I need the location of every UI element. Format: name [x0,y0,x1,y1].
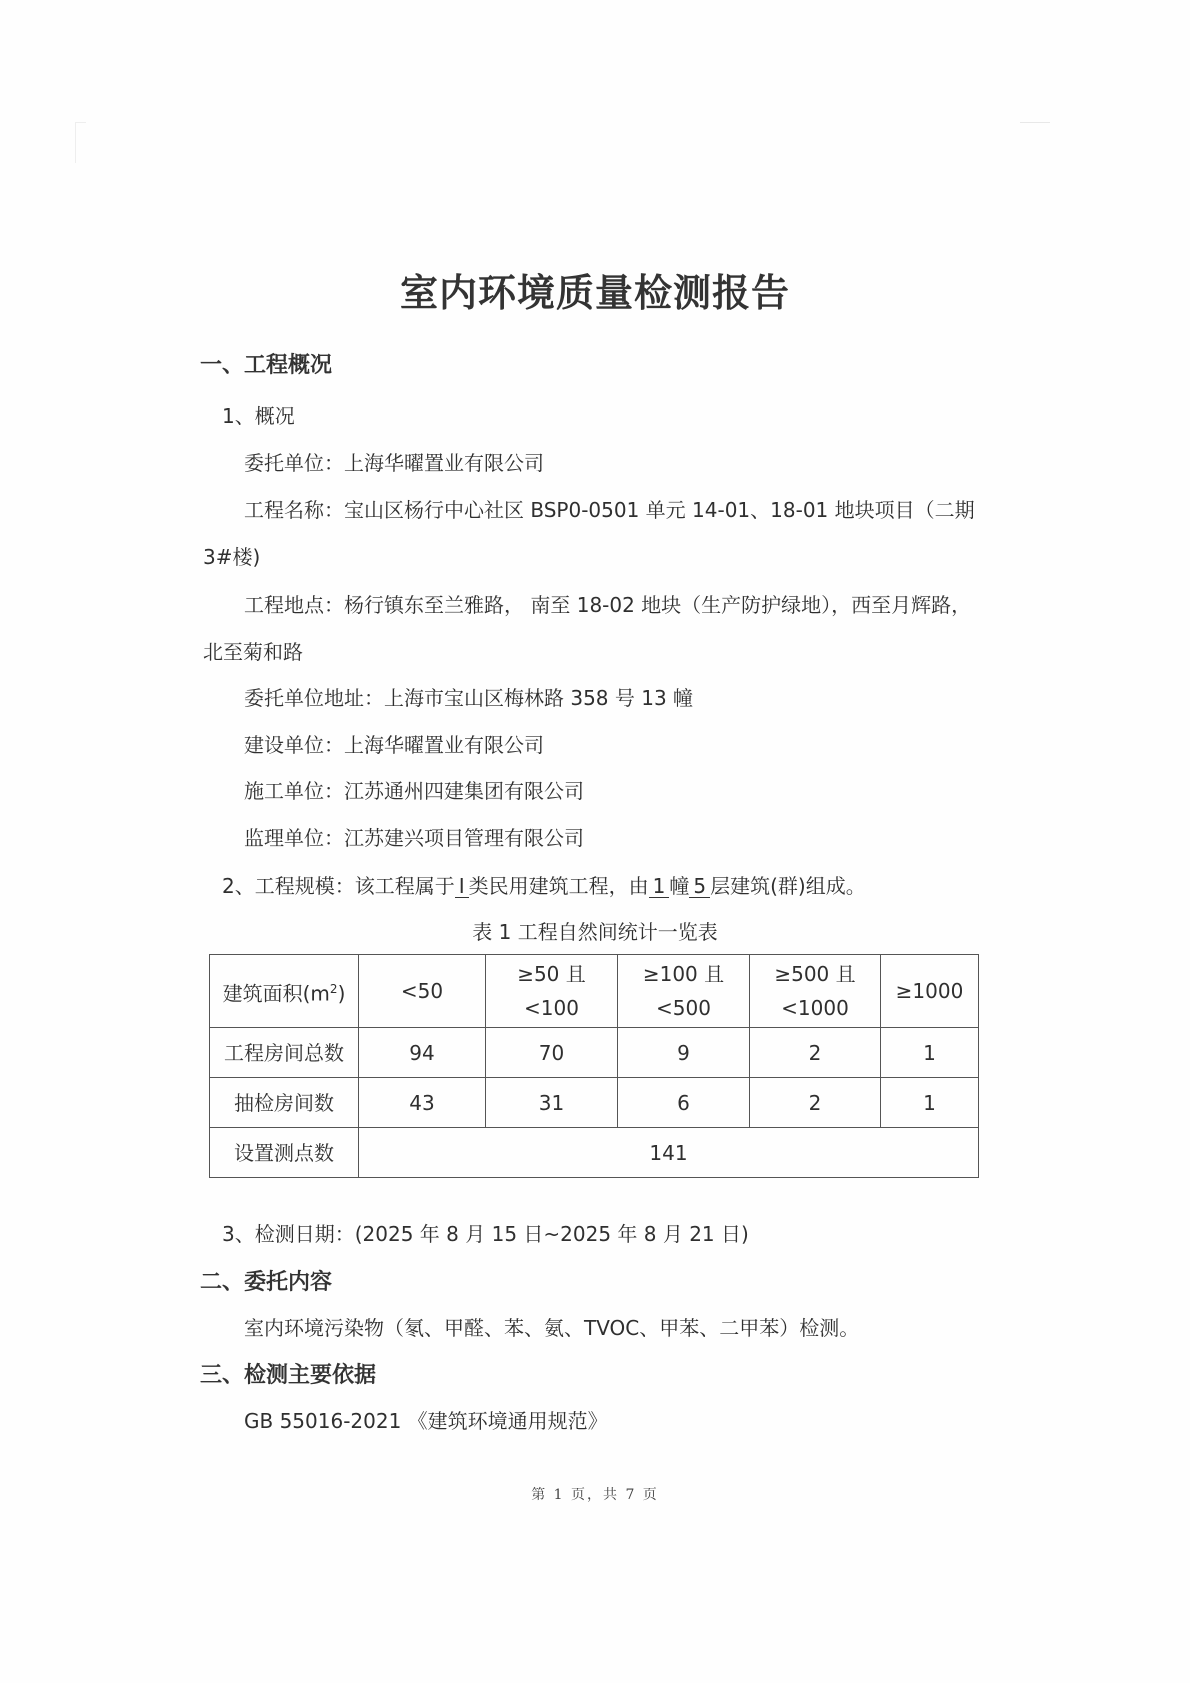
field-label: 委托单位： [244,451,344,475]
section-heading-overview: 一、工程概况 [200,348,332,379]
table-cell: 1 [881,1028,979,1078]
table-header-cell: ≥100 且<500 [618,955,750,1028]
header-label-end: ) [338,981,346,1005]
field-project-location-continuation: 北至菊和路 [203,636,303,665]
field-label: 施工单位： [244,779,344,803]
field-label: 委托单位地址： [244,686,384,710]
table-cell: 70 [486,1028,618,1078]
header-line: ≥100 且 [618,957,749,991]
table-cell: 9 [618,1028,750,1078]
subsection-heading-date: 3、检测日期： [222,1222,355,1246]
table-header-cell: ≥50 且<100 [486,955,618,1028]
table-header-label: 建筑面积(m2) [210,955,359,1028]
table-header-row: 建筑面积(m2) <50 ≥50 且<100 ≥100 且<500 ≥500 且… [210,955,979,1028]
room-statistics-table: 建筑面积(m2) <50 ≥50 且<100 ≥100 且<500 ≥500 且… [209,954,979,1178]
row-label: 设置测点数 [210,1128,359,1178]
field-value: 宝山区杨行中心社区 BSP0-0501 单元 14-01、18-01 地块项目（… [344,498,975,522]
table-cell: 1 [881,1078,979,1128]
page-footer: 第 1 页，共 7 页 [0,1484,1190,1504]
scan-edge-mark [1020,122,1050,123]
floor-count: 5 [689,875,710,898]
table-cell: 94 [359,1028,486,1078]
scale-text: 幢 [669,874,689,898]
inspection-date: 3、检测日期：(2025 年 8 月 15 日~2025 年 8 月 21 日) [222,1218,749,1247]
table-row: 工程房间总数 94 70 9 2 1 [210,1028,979,1078]
total-measurement-points: 141 [359,1128,979,1178]
field-project-name-continuation: 3#楼) [203,541,260,570]
header-line: <100 [486,991,617,1025]
field-project-name: 工程名称：宝山区杨行中心社区 BSP0-0501 单元 14-01、18-01 … [244,494,975,523]
row-label: 工程房间总数 [210,1028,359,1078]
table-header-cell: <50 [359,955,486,1028]
field-project-location: 工程地点：杨行镇东至兰雅路， 南至 18-02 地块（生产防护绿地），西至月辉路… [244,589,971,618]
field-label: 建设单位： [244,733,344,757]
header-label-sup: 2 [330,982,338,996]
project-scale: 2、工程规模：该工程属于Ⅰ类民用建筑工程，由1幢5层建筑(群)组成。 [222,870,866,899]
header-line: ≥500 且 [750,957,880,991]
field-developer: 建设单位：上海华曜置业有限公司 [244,729,544,758]
table-cell: 6 [618,1078,750,1128]
header-line: <500 [618,991,749,1025]
date-range: (2025 年 8 月 15 日~2025 年 8 月 21 日) [355,1222,749,1246]
scan-edge-mark [75,122,86,163]
table-row: 抽检房间数 43 31 6 2 1 [210,1078,979,1128]
table-caption: 表 1 工程自然间统计一览表 [0,916,1190,945]
field-label: 工程名称： [244,498,344,522]
header-line: ≥1000 [881,974,978,1008]
inspection-basis: GB 55016-2021 《建筑环境通用规范》 [244,1405,608,1434]
table-cell: 31 [486,1078,618,1128]
header-line: <1000 [750,991,880,1025]
row-label: 抽检房间数 [210,1078,359,1128]
building-class: Ⅰ [455,875,469,898]
field-supervisor: 监理单位：江苏建兴项目管理有限公司 [244,822,584,851]
header-line: ≥50 且 [486,957,617,991]
field-contractor: 施工单位：江苏通州四建集团有限公司 [244,775,584,804]
scale-text: 类民用建筑工程，由 [469,874,649,898]
field-client-address: 委托单位地址：上海市宝山区梅林路 358 号 13 幢 [244,682,693,711]
header-label-text: 建筑面积(m [223,981,330,1005]
scale-text: 层建筑(群)组成。 [710,874,866,898]
document-title: 室内环境质量检测报告 [0,262,1190,317]
section-heading-basis: 三、检测主要依据 [200,1358,376,1389]
field-label: 监理单位： [244,826,344,850]
field-value: 上海华曜置业有限公司 [344,733,544,757]
table-cell: 2 [750,1028,881,1078]
table-header-cell: ≥1000 [881,955,979,1028]
field-label: 工程地点： [244,593,344,617]
table-header-cell: ≥500 且<1000 [750,955,881,1028]
scale-text: 该工程属于 [355,874,455,898]
table-cell: 43 [359,1078,486,1128]
table-total-row: 设置测点数 141 [210,1128,979,1178]
subsection-heading-scale: 2、工程规模： [222,874,355,898]
field-value: 上海市宝山区梅林路 358 号 13 幢 [384,686,693,710]
field-value: 江苏通州四建集团有限公司 [344,779,584,803]
subsection-heading-overview: 1、概况 [222,400,295,429]
building-count: 1 [649,875,670,898]
document-page: 室内环境质量检测报告 一、工程概况 1、概况 委托单位：上海华曜置业有限公司 工… [0,0,1190,1683]
commission-content: 室内环境污染物（氡、甲醛、苯、氨、TVOC、甲苯、二甲苯）检测。 [244,1312,859,1341]
field-value: 上海华曜置业有限公司 [344,451,544,475]
field-value: 杨行镇东至兰雅路， 南至 18-02 地块（生产防护绿地），西至月辉路， [344,593,971,617]
header-line: <50 [359,974,485,1008]
section-heading-commission: 二、委托内容 [200,1265,332,1296]
table-cell: 2 [750,1078,881,1128]
field-value: 江苏建兴项目管理有限公司 [344,826,584,850]
field-client: 委托单位：上海华曜置业有限公司 [244,447,544,476]
